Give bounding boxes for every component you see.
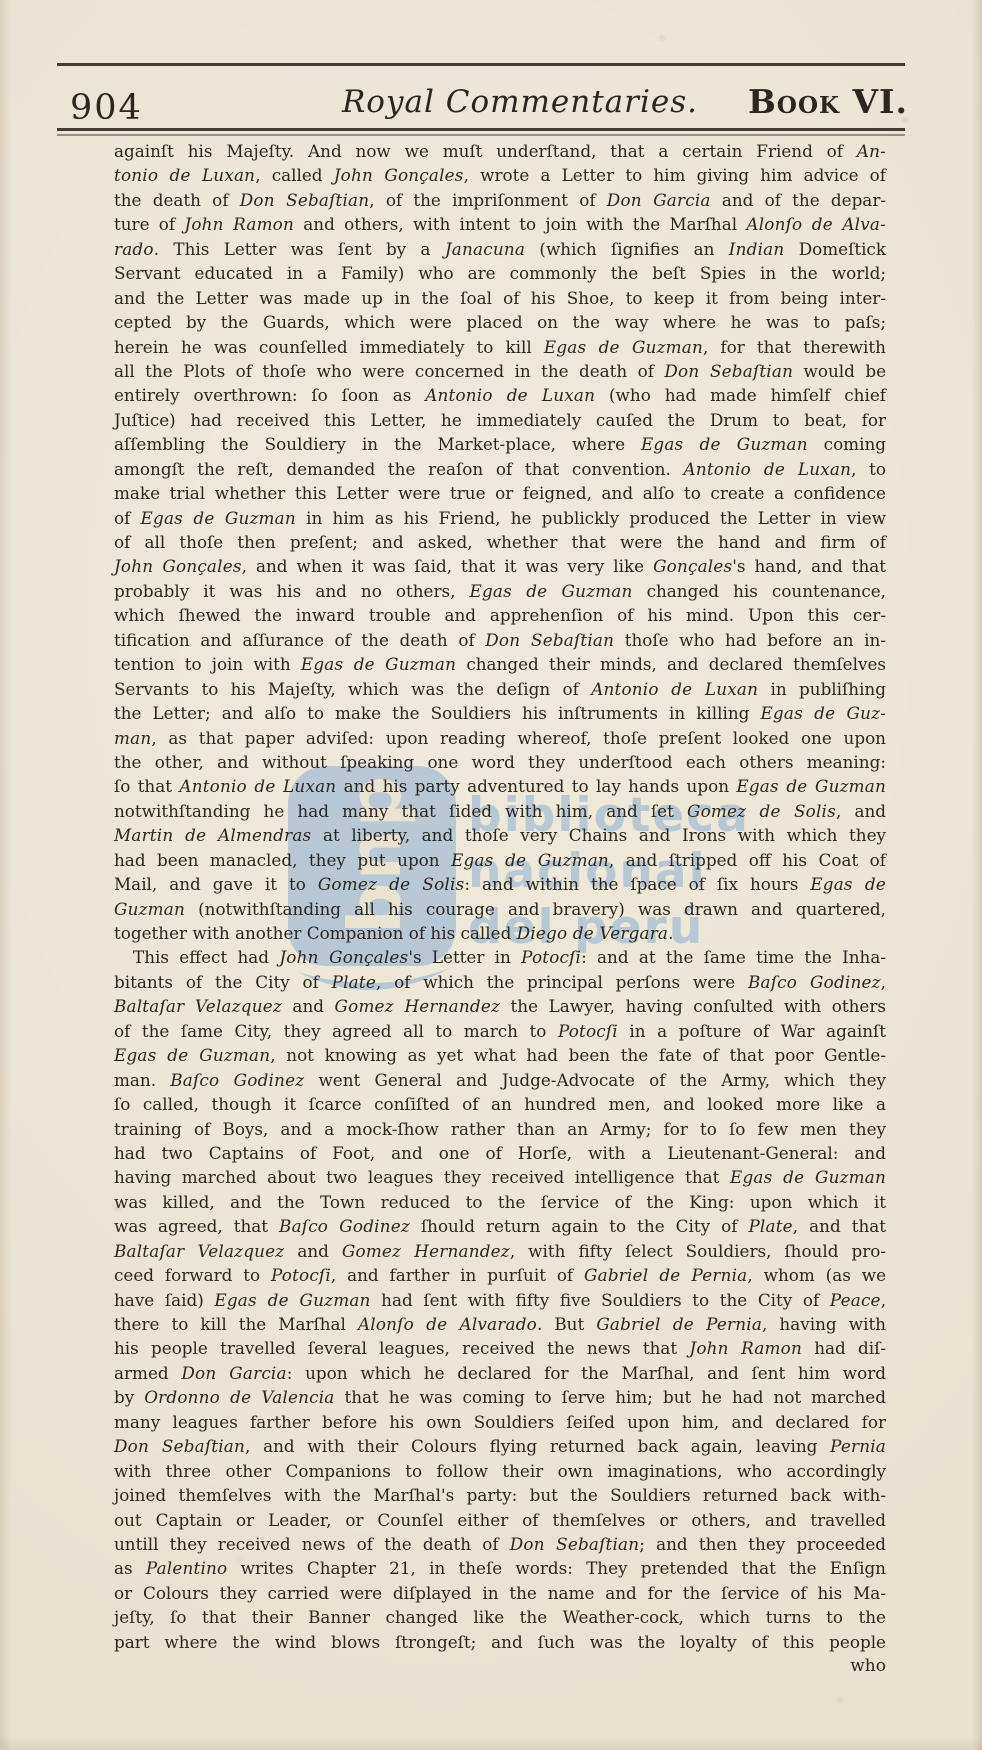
italic-text: Egas de (810, 874, 886, 894)
text-line: was agreed, that Baſco Godinez ſhould re… (114, 1214, 886, 1238)
text-line: ture of John Ramon and others, with inte… (114, 212, 886, 236)
text-line: bitants of the City of Plate, of which t… (114, 970, 886, 994)
text-line: of all thoſe then preſent; and asked, wh… (114, 530, 886, 554)
text-line: the death of Don Sebaſtian, of the impri… (114, 188, 886, 212)
text-line: joined themſelves with the Marſhal's par… (114, 1483, 886, 1507)
roman-text: (notwithſtanding all his courage and bra… (185, 899, 886, 919)
roman-text: jeſty, ſo that their Banner changed like… (114, 1607, 886, 1627)
italic-text: Alonſo de Alvarado (358, 1314, 537, 1334)
text-line: Don Sebaſtian, and with their Colours fl… (114, 1434, 886, 1458)
roman-text: . (668, 923, 673, 943)
italic-text: Baltaſar Velazquez (114, 996, 282, 1016)
roman-text: ture of (114, 214, 184, 234)
italic-text: Antonio de Luxan (425, 385, 595, 405)
italic-text: Don Sebaſtian (510, 1534, 639, 1554)
roman-text: make trial whether this Letter were true… (114, 483, 886, 503)
text-line: Juſtice) had received this Letter, he im… (114, 408, 886, 432)
text-line: armed Don Garcia: upon which he declared… (114, 1361, 886, 1385)
roman-text: 's hand, and that (732, 556, 886, 576)
roman-text: notwithſtanding he had many that ſided w… (114, 801, 687, 821)
roman-text: ſhould return again to the City of (410, 1216, 749, 1236)
roman-text: , as that paper adviſed: upon reading wh… (151, 728, 886, 748)
roman-text: and the Letter was made up in the ſoal o… (114, 288, 886, 308)
roman-text: part where the wind blows ſtrongeſt; and… (114, 1632, 886, 1652)
italic-text: Egas de Guzman (544, 337, 703, 357)
italic-text: man (114, 728, 151, 748)
roman-text: of (114, 508, 141, 528)
roman-text: man. (114, 1070, 170, 1090)
text-line: was killed, and the Town reduced to the … (114, 1190, 886, 1214)
text-line: This effect had John Gonçales's Letter i… (114, 945, 886, 969)
text-line: Servants to his Majeſty, which was the d… (114, 677, 886, 701)
text-line: having marched about two leagues they re… (114, 1165, 886, 1189)
roman-text: or Colours they carried were diſplayed i… (114, 1583, 886, 1603)
roman-text: with three other Companions to follow th… (114, 1461, 886, 1481)
italic-text: Baſco Godinez (170, 1070, 304, 1090)
text-line: had two Captains of Foot, and one of Hor… (114, 1141, 886, 1165)
roman-text: was agreed, that (114, 1216, 279, 1236)
text-line: man, as that paper adviſed: upon reading… (114, 726, 886, 750)
italic-text: Baltaſar Velazquez (114, 1241, 284, 1261)
roman-text: , having with (762, 1314, 886, 1334)
text-line: and the Letter was made up in the ſoal o… (114, 286, 886, 310)
italic-text: Alonſo de Alva- (746, 214, 886, 234)
roman-text: probably it was his and no others, (114, 581, 470, 601)
text-line: tification and aſſurance of the death of… (114, 628, 886, 652)
roman-text: Domeſtick (784, 239, 886, 259)
roman-text: , and when it was ſaid, that it was very… (242, 556, 653, 576)
roman-text: , and that (793, 1216, 886, 1236)
italic-text: John Gonçales (334, 165, 464, 185)
roman-text: entirely overthrown: ſo ſoon as (114, 385, 425, 405)
text-line: aſſembling the Souldiery in the Market-p… (114, 432, 886, 456)
roman-text: (which ſignifies an (525, 239, 729, 259)
text-line: tonio de Luxan, called John Gonçales, wr… (114, 163, 886, 187)
text-line: Egas de Guzman, not knowing as yet what … (114, 1043, 886, 1067)
roman-text: changed his countenance, (633, 581, 886, 601)
italic-text: Gomez Hernandez (342, 1241, 510, 1261)
roman-text: , and with their Colours flying returned… (245, 1436, 830, 1456)
roman-text: amongſt the reſt, demanded the reaſon of… (114, 459, 684, 479)
italic-text: Peace (830, 1290, 881, 1310)
roman-text: againſt his Majeſty. And now we muſt und… (114, 141, 857, 161)
roman-text: Servant educated in a Family) who are co… (114, 263, 886, 283)
text-line: by Ordonno de Valencia that he was comin… (114, 1385, 886, 1409)
text-line: his people travelled ſeveral leagues, re… (114, 1336, 886, 1360)
text-line: amongſt the reſt, demanded the reaſon of… (114, 457, 886, 481)
text-line: cepted by the Guards, which were placed … (114, 310, 886, 334)
text-line: ceed forward to Potocſi, and farther in … (114, 1263, 886, 1287)
text-line: make trial whether this Letter were true… (114, 481, 886, 505)
roman-text: and (284, 1241, 342, 1261)
italic-text: Gonçales (653, 556, 732, 576)
roman-text: , with fifty ſelect Souldiers, ſhould pr… (510, 1241, 886, 1261)
text-line: the Letter; and alſo to make the Souldie… (114, 701, 886, 725)
roman-text: aſſembling the Souldiery in the Market-p… (114, 434, 641, 454)
roman-text: by (114, 1387, 144, 1407)
text-line: rado. This Letter was ſent by a Janacuna… (114, 237, 886, 261)
italic-text: Martin de Almendras (114, 825, 311, 845)
text-line: or Colours they carried were diſplayed i… (114, 1581, 886, 1605)
roman-text: Mail, and gave it to (114, 874, 318, 894)
roman-text: , whom (as we (747, 1265, 886, 1285)
roman-text: , for that therewith (703, 337, 886, 357)
roman-text: writes Chapter 21, in theſe words: They … (227, 1558, 886, 1578)
roman-text: all the Plots of thoſe who were concerne… (114, 361, 664, 381)
italic-text: Don Garcia (607, 190, 711, 210)
roman-text: and others, with intent to join with the… (294, 214, 746, 234)
roman-text: tention to join with (114, 654, 301, 674)
italic-text: Egas de Guzman (470, 581, 633, 601)
italic-text: John Gonçales (279, 947, 408, 967)
roman-text: had ſent with fifty five Souldiers to th… (371, 1290, 830, 1310)
roman-text: changed their minds, and declared themſe… (456, 654, 886, 674)
roman-text: 's Letter in (408, 947, 521, 967)
roman-text: , (881, 1290, 886, 1310)
roman-text: , (881, 972, 886, 992)
text-line: of the ſame City, they agreed all to mar… (114, 1019, 886, 1043)
book-heading: Book VI. (748, 82, 908, 121)
roman-text: coming (808, 434, 886, 454)
page-number: 904 (70, 88, 143, 128)
roman-text: . This Letter was ſent by a (154, 239, 445, 259)
text-line: Baltaſar Velazquez and Gomez Hernandez t… (114, 994, 886, 1018)
roman-text: This effect had (133, 947, 279, 967)
italic-text: Egas de Guzman (214, 1290, 370, 1310)
italic-text: Diego de Vergara (517, 923, 668, 943)
roman-text: , and ſtripped off his Coat of (609, 850, 886, 870)
roman-text: and of the depar- (711, 190, 886, 210)
italic-text: Baſco Godinez (748, 972, 881, 992)
italic-text: John Gonçales (114, 556, 242, 576)
text-line: probably it was his and no others, Egas … (114, 579, 886, 603)
italic-text: John Ramon (184, 214, 294, 234)
roman-text: untill they received news of the death o… (114, 1534, 510, 1554)
italic-text: rado (114, 239, 154, 259)
roman-text: cepted by the Guards, which were placed … (114, 312, 886, 332)
page-body: againſt his Majeſty. And now we muſt und… (114, 139, 886, 1679)
roman-text: (who had made himſelf chief (595, 385, 886, 405)
italic-text: Plate (748, 1216, 792, 1236)
text-line: part where the wind blows ſtrongeſt; and… (114, 1630, 886, 1654)
italic-text: Gabriel de Pernia (596, 1314, 762, 1334)
running-title: Royal Commentaries. (240, 84, 800, 120)
roman-text: , wrote a Letter to him giving him advic… (464, 165, 886, 185)
italic-text: Antonio de Luxan (591, 679, 758, 699)
italic-text: tonio de Luxan (114, 165, 255, 185)
italic-text: Don Sebaſtian (664, 361, 793, 381)
italic-text: Egas de Guzman (141, 508, 296, 528)
top-rule (57, 63, 905, 66)
roman-text: have ſaid) (114, 1290, 214, 1310)
text-line: together with another Companion of his c… (114, 921, 886, 945)
roman-text: was killed, and the Town reduced to the … (114, 1192, 886, 1212)
text-line: Guzman (notwithſtanding all his courage … (114, 897, 886, 921)
catchword: who (114, 1654, 886, 1678)
italic-text: Egas de Guzman (301, 654, 456, 674)
roman-text: : and at the ſame time the Inha- (581, 947, 886, 967)
roman-text: at liberty, and thoſe very Chains and Ir… (311, 825, 886, 845)
text-line: have ſaid) Egas de Guzman had ſent with … (114, 1288, 886, 1312)
italic-text: An- (857, 141, 886, 161)
roman-text: ; and then they proceeded (639, 1534, 886, 1554)
roman-text: , and (836, 801, 886, 821)
roman-text: the Letter; and alſo to make the Souldie… (114, 703, 760, 723)
text-line: Baltaſar Velazquez and Gomez Hernandez, … (114, 1239, 886, 1263)
italic-text: Egas de Guzman (730, 1167, 886, 1187)
roman-text: , of which the principal perſons were (376, 972, 748, 992)
italic-text: Ordonno de Valencia (144, 1387, 334, 1407)
italic-text: Egas de Guz- (760, 703, 886, 723)
italic-text: Gabriel de Pernia (584, 1265, 747, 1285)
text-line: Martin de Almendras at liberty, and thoſ… (114, 823, 886, 847)
text-line: which ſhewed the inward trouble and appr… (114, 603, 886, 627)
roman-text: armed (114, 1363, 181, 1383)
roman-text: , and farther in purſuit of (331, 1265, 584, 1285)
roman-text: having marched about two leagues they re… (114, 1167, 730, 1187)
text-line: ſo that Antonio de Luxan and his party a… (114, 774, 886, 798)
text-line: training of Boys, and a mock-ſhow rather… (114, 1117, 886, 1141)
roman-text: together with another Companion of his c… (114, 923, 517, 943)
text-line: entirely overthrown: ſo ſoon as Antonio … (114, 383, 886, 407)
italic-text: Don Sebaſtian (240, 190, 370, 210)
roman-text: out Captain or Leader, or Counſel either… (114, 1510, 886, 1530)
text-line: notwithſtanding he had many that ſided w… (114, 799, 886, 823)
header-rule (57, 128, 905, 131)
italic-text: Guzman (114, 899, 185, 919)
italic-text: Plate (332, 972, 376, 992)
roman-text: would be (793, 361, 886, 381)
roman-text: as (114, 1558, 146, 1578)
roman-text: had diſ- (802, 1338, 886, 1358)
italic-text: Potocſi (521, 947, 581, 967)
roman-text: his people travelled ſeveral leagues, re… (114, 1338, 689, 1358)
text-line: all the Plots of thoſe who were concerne… (114, 359, 886, 383)
roman-text: ſo that (114, 776, 179, 796)
header-rule-shadow (57, 134, 905, 136)
book-page: 904 Royal Commentaries. Book VI. bnp bib… (0, 0, 982, 1750)
roman-text: , to (851, 459, 886, 479)
roman-text: : and within the ſpace of ſix hours (464, 874, 810, 894)
italic-text: Palentino (146, 1558, 227, 1578)
roman-text: : upon which he declared for the Marſhal… (287, 1363, 886, 1383)
text-line: out Captain or Leader, or Counſel either… (114, 1508, 886, 1532)
roman-text: went General and Judge-Advocate of the A… (304, 1070, 886, 1090)
roman-text: there to kill the Marſhal (114, 1314, 358, 1334)
italic-text: Antonio de Luxan (179, 776, 336, 796)
italic-text: Potocſi (271, 1265, 331, 1285)
text-line: ſo called, though it ſcarce conſiſted of… (114, 1092, 886, 1116)
roman-text: Juſtice) had received this Letter, he im… (114, 410, 886, 430)
roman-text: had two Captains of Foot, and one of Hor… (114, 1143, 886, 1163)
italic-text: Egas de Guzman (114, 1045, 270, 1065)
roman-text: and his party adventured to lay hands up… (336, 776, 736, 796)
roman-text: the other, and without ſpeaking one word… (114, 752, 886, 772)
roman-text: thoſe who had before an in- (614, 630, 886, 650)
roman-text: had been manacled, they put upon (114, 850, 451, 870)
italic-text: Don Garcia (181, 1363, 286, 1383)
roman-text: of the ſame City, they agreed all to mar… (114, 1021, 558, 1041)
italic-text: Gomez de Solis (318, 874, 465, 894)
italic-text: Pernia (830, 1436, 886, 1456)
roman-text: . But (537, 1314, 596, 1334)
roman-text: the Lawyer, having conſulted with others (500, 996, 886, 1016)
text-line: Mail, and gave it to Gomez de Solis: and… (114, 872, 886, 896)
roman-text: ceed forward to (114, 1265, 271, 1285)
roman-text: , of the impriſonment of (369, 190, 607, 210)
roman-text: , not knowing as yet what had been the f… (270, 1045, 886, 1065)
text-line: jeſty, ſo that their Banner changed like… (114, 1605, 886, 1629)
roman-text: , called (255, 165, 334, 185)
text-line: had been manacled, they put upon Egas de… (114, 848, 886, 872)
text-line: the other, and without ſpeaking one word… (114, 750, 886, 774)
text-line: herein he was counſelled immediately to … (114, 335, 886, 359)
roman-text: bitants of the City of (114, 972, 332, 992)
italic-text: Egas de Guzman (736, 776, 886, 796)
text-line: John Gonçales, and when it was ſaid, tha… (114, 554, 886, 578)
italic-text: Janacuna (445, 239, 525, 259)
text-line: Servant educated in a Family) who are co… (114, 261, 886, 285)
italic-text: Egas de Guzman (451, 850, 609, 870)
roman-text: and (282, 996, 335, 1016)
text-line: tention to join with Egas de Guzman chan… (114, 652, 886, 676)
roman-text: that he was coming to ſerve him; but he … (334, 1387, 886, 1407)
italic-text: John Ramon (689, 1338, 802, 1358)
roman-text: many leagues farther before his own Soul… (114, 1412, 886, 1432)
italic-text: Gomez de Solis (687, 801, 836, 821)
italic-text: Gomez Hernandez (335, 996, 500, 1016)
text-line: againſt his Majeſty. And now we muſt und… (114, 139, 886, 163)
text-line: there to kill the Marſhal Alonſo de Alva… (114, 1312, 886, 1336)
italic-text: Indian (729, 239, 785, 259)
italic-text: Don Sebaſtian (114, 1436, 245, 1456)
italic-text: Don Sebaſtian (485, 630, 614, 650)
roman-text: in him as his Friend, he publickly produ… (296, 508, 886, 528)
roman-text: in a poſture of War againſt (618, 1021, 886, 1041)
roman-text: the death of (114, 190, 240, 210)
text-line: as Palentino writes Chapter 21, in theſe… (114, 1556, 886, 1580)
text-line: with three other Companions to follow th… (114, 1459, 886, 1483)
italic-text: Baſco Godinez (279, 1216, 410, 1236)
roman-text: of all thoſe then preſent; and asked, wh… (114, 532, 886, 552)
text-line: man. Baſco Godinez went General and Judg… (114, 1068, 886, 1092)
roman-text: which ſhewed the inward trouble and appr… (114, 605, 886, 625)
italic-text: Antonio de Luxan (684, 459, 852, 479)
roman-text: ſo called, though it ſcarce conſiſted of… (114, 1094, 886, 1114)
italic-text: Egas de Guzman (641, 434, 808, 454)
text-line: of Egas de Guzman in him as his Friend, … (114, 506, 886, 530)
text-line: untill they received news of the death o… (114, 1532, 886, 1556)
roman-text: herein he was counſelled immediately to … (114, 337, 544, 357)
roman-text: Servants to his Majeſty, which was the d… (114, 679, 591, 699)
roman-text: in publiſhing (758, 679, 886, 699)
text-line: many leagues farther before his own Soul… (114, 1410, 886, 1434)
roman-text: training of Boys, and a mock-ſhow rather… (114, 1119, 886, 1139)
roman-text: joined themſelves with the Marſhal's par… (114, 1485, 886, 1505)
italic-text: Potocſi (558, 1021, 618, 1041)
roman-text: tification and aſſurance of the death of (114, 630, 485, 650)
